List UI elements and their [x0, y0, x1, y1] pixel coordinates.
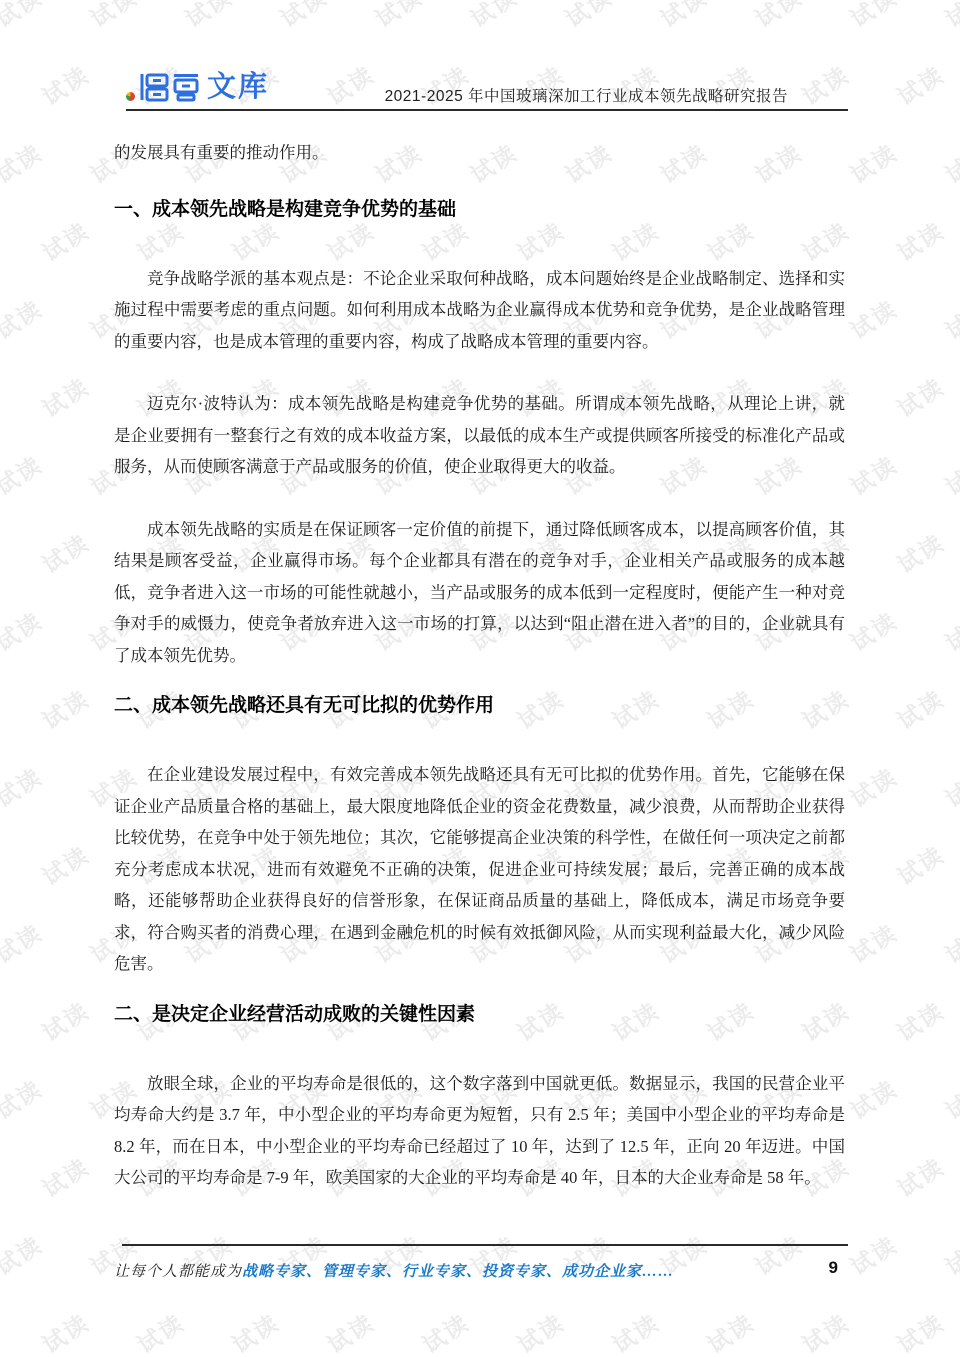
watermark-text: 试读: [178, 1227, 238, 1282]
watermark-text: 试读: [890, 1149, 950, 1204]
watermark-text: 试读: [0, 1071, 48, 1126]
watermark-text: 试读: [890, 369, 950, 424]
logo-text: 文库: [207, 73, 269, 102]
header-divider: [126, 109, 848, 111]
watermark-text: 试读: [938, 447, 960, 502]
watermark-text: 试读: [748, 1227, 808, 1282]
watermark-text: 试读: [890, 57, 950, 112]
watermark-text: 试读: [843, 915, 903, 970]
watermark-text: 试读: [653, 1227, 713, 1282]
watermark-text: 试读: [368, 0, 428, 34]
watermark-text: 试读: [890, 837, 950, 892]
watermark-text: 试读: [938, 0, 960, 34]
paragraph: 迈克尔·波特认为：成本领先战略是构建竞争优势的基础。所谓成本领先战略，从理论上讲…: [114, 388, 845, 483]
watermark-text: 试读: [35, 525, 95, 580]
watermark-text: 试读: [35, 993, 95, 1048]
watermark-text: 试读: [463, 0, 523, 34]
section-3: 二、是决定企业经营活动成败的关键性因素 放眼全球，企业的平均寿命是很低的，这个数…: [114, 1002, 845, 1194]
report-title: 2021-2025 年中国玻璃深加工行业成本领先战略研究报告: [385, 84, 788, 106]
watermark-text: 试读: [130, 1305, 190, 1357]
watermark-text: 试读: [843, 1227, 903, 1282]
watermark-text: 试读: [463, 1227, 523, 1282]
watermark-text: 试读: [35, 681, 95, 736]
watermark-text: 试读: [605, 1305, 665, 1357]
watermark-text: 试读: [35, 837, 95, 892]
section-heading: 二、成本领先战略还具有无可比拟的优势作用: [114, 693, 845, 719]
watermark-text: 试读: [35, 369, 95, 424]
watermark-text: 试读: [0, 915, 48, 970]
watermark-text: 试读: [273, 0, 333, 34]
paragraph: 在企业建设发展过程中，有效完善成本领先战略还具有无可比拟的优势作用。首先，它能够…: [114, 759, 845, 980]
watermark-text: 试读: [0, 135, 48, 190]
paragraph: 竞争战略学派的基本观点是：不论企业采取何种战略，成本问题始终是企业战略制定、选择…: [114, 263, 845, 358]
watermark-text: 试读: [0, 759, 48, 814]
watermark-text: 试读: [273, 1227, 333, 1282]
document-page: 试读试读试读试读试读试读试读试读试读试读试读试读试读试读试读试读试读试读试读试读…: [0, 0, 960, 1357]
logo: 文库: [126, 66, 269, 108]
watermark-text: 试读: [890, 993, 950, 1048]
section-heading: 二、是决定企业经营活动成败的关键性因素: [114, 1002, 845, 1028]
watermark-text: 试读: [0, 0, 48, 34]
watermark-text: 试读: [890, 681, 950, 736]
watermark-text: 试读: [938, 135, 960, 190]
watermark-text: 试读: [700, 1305, 760, 1357]
watermark-text: 试读: [843, 291, 903, 346]
watermark-text: 试读: [843, 447, 903, 502]
watermark-text: 试读: [178, 0, 238, 34]
logo-cabinet-icon: [139, 72, 200, 102]
watermark-text: 试读: [653, 0, 713, 34]
footer-slogan-highlight: 战略专家、管理专家、行业专家、投资专家、成功企业家……: [242, 1264, 674, 1280]
watermark-text: 试读: [320, 57, 380, 112]
watermark-text: 试读: [0, 1227, 48, 1282]
watermark-text: 试读: [0, 447, 48, 502]
footer-slogan-prefix: 让每个人都能成为: [114, 1264, 242, 1280]
watermark-text: 试读: [35, 1149, 95, 1204]
footer-slogan: 让每个人都能成为战略专家、管理专家、行业专家、投资专家、成功企业家……: [114, 1260, 674, 1281]
watermark-text: 试读: [890, 213, 950, 268]
watermark-text: 试读: [748, 0, 808, 34]
watermark-text: 试读: [35, 57, 95, 112]
watermark-text: 试读: [83, 0, 143, 34]
page-number: 9: [829, 1258, 838, 1278]
watermark-text: 试读: [843, 759, 903, 814]
watermark-text: 试读: [35, 1305, 95, 1357]
watermark-text: 试读: [0, 603, 48, 658]
watermark-text: 试读: [0, 291, 48, 346]
watermark-text: 试读: [843, 603, 903, 658]
section-heading: 一、成本领先战略是构建竞争优势的基础: [114, 197, 845, 223]
watermark-text: 试读: [795, 57, 855, 112]
footer-divider: [122, 1244, 848, 1246]
watermark-text: 试读: [320, 1305, 380, 1357]
watermark-text: 试读: [35, 213, 95, 268]
watermark-text: 试读: [843, 1071, 903, 1126]
watermark-text: 试读: [83, 1227, 143, 1282]
watermark-text: 试读: [890, 1305, 950, 1357]
watermark-text: 试读: [843, 0, 903, 34]
section-2: 二、成本领先战略还具有无可比拟的优势作用 在企业建设发展过程中，有效完善成本领先…: [114, 693, 845, 980]
watermark-text: 试读: [225, 1305, 285, 1357]
watermark-text: 试读: [415, 1305, 475, 1357]
watermark-text: 试读: [938, 603, 960, 658]
intro-paragraph: 的发展具有重要的推动作用。: [114, 137, 845, 169]
drawer-icon: [172, 72, 200, 102]
watermark-text: 试读: [938, 291, 960, 346]
paragraph: 成本领先战略的实质是在保证顾客一定价值的前提下，通过降低顾客成本，以提高顾客价值…: [114, 514, 845, 672]
section-1: 一、成本领先战略是构建竞争优势的基础 竞争战略学派的基本观点是：不论企业采取何种…: [114, 197, 845, 672]
watermark-text: 试读: [843, 135, 903, 190]
paragraph: 放眼全球，企业的平均寿命是很低的，这个数字落到中国就更低。数据显示，我国的民营企…: [114, 1068, 845, 1194]
watermark-text: 试读: [558, 1227, 618, 1282]
watermark-text: 试读: [938, 759, 960, 814]
watermark-text: 试读: [510, 1305, 570, 1357]
document-body: 的发展具有重要的推动作用。 一、成本领先战略是构建竞争优势的基础 竞争战略学派的…: [114, 111, 845, 1194]
drawer-icon: [139, 72, 169, 102]
watermark-text: 试读: [938, 915, 960, 970]
logo-dot-icon: [126, 92, 135, 101]
watermark-text: 试读: [368, 1227, 428, 1282]
watermark-text: 试读: [558, 0, 618, 34]
watermark-text: 试读: [795, 1305, 855, 1357]
watermark-text: 试读: [938, 1227, 960, 1282]
watermark-text: 试读: [938, 1071, 960, 1126]
watermark-text: 试读: [890, 525, 950, 580]
